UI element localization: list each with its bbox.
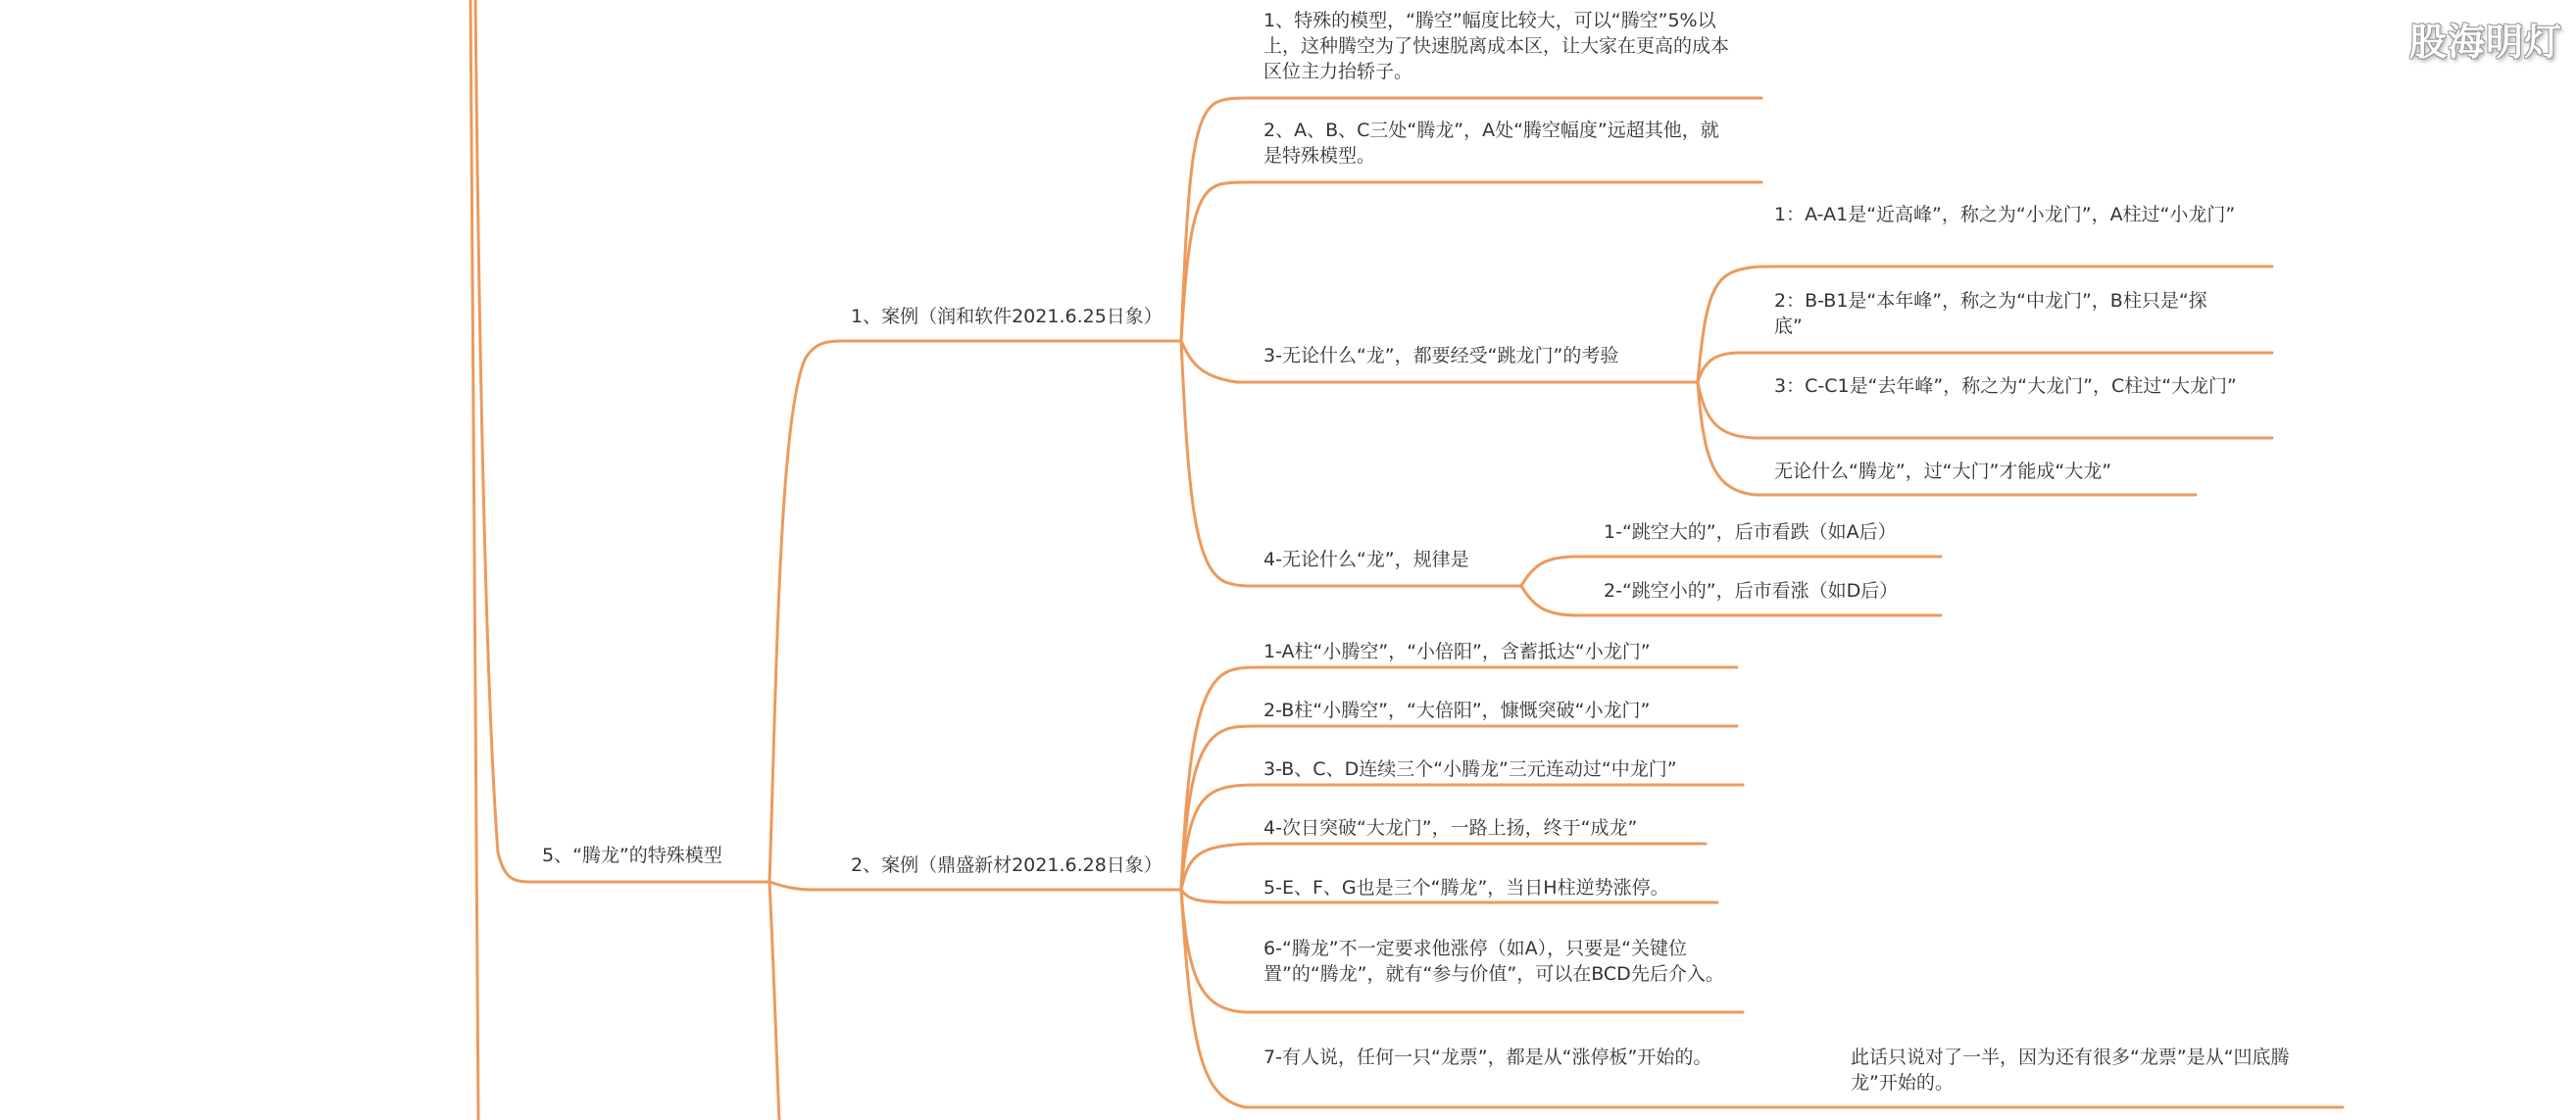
case-1-child-3[interactable]: 3-无论什么“龙”，都要经受“跳龙门”的考验 (1263, 343, 1618, 368)
case-1-node[interactable]: 1、案例（润和软件2021.6.25日象） (851, 304, 1163, 329)
case-2-child-7[interactable]: 7-有人说，任何一只“龙票”，都是从“涨停板”开始的。 (1263, 1045, 1734, 1070)
case-2-child-4[interactable]: 4-次日突破“大龙门”，一路上扬，终于“成龙” (1263, 815, 1637, 841)
watermark-logo: 股海明灯 (2409, 12, 2562, 66)
gate-item-3[interactable]: 3：C-C1是“去年峰”，称之为“大龙门”，C柱过“大龙门” (1774, 373, 2245, 399)
case-1-child-1[interactable]: 1、特殊的模型，“腾空”幅度比较大，可以“腾空”5%以上，这种腾空为了快速脱离成… (1263, 8, 1734, 84)
case-2-child-3[interactable]: 3-B、C、D连续三个“小腾龙”三元连动过“中龙门” (1263, 756, 1677, 782)
mindmap-canvas: 5、“腾龙”的特殊模型 1、案例（润和软件2021.6.25日象） 1、特殊的模… (0, 0, 2576, 1120)
case-2-child-7-reply[interactable]: 此话只说对了一半，因为还有很多“龙票”是从“凹底腾龙”开始的。 (1851, 1045, 2331, 1096)
case-2-child-6[interactable]: 6-“腾龙”不一定要求他涨停（如A），只要是“关键位置”的“腾龙”，就有“参与价… (1263, 936, 1734, 987)
case-2-child-5[interactable]: 5-E、F、G也是三个“腾龙”，当日H柱逆势涨停。 (1263, 875, 1669, 901)
gate-item-1[interactable]: 1：A-A1是“近高峰”，称之为“小龙门”，A柱过“小龙门” (1774, 202, 2245, 227)
case-2-node[interactable]: 2、案例（鼎盛新材2021.6.28日象） (851, 852, 1163, 878)
case-2-child-1[interactable]: 1-A柱“小腾空”，“小倍阳”，含蓄抵达“小龙门” (1263, 639, 1651, 664)
gate-item-2[interactable]: 2：B-B1是“本年峰”，称之为“中龙门”，B柱只是“探底” (1774, 288, 2235, 339)
case-1-child-2[interactable]: 2、A、B、C三处“腾龙”，A处“腾空幅度”远超其他，就是特殊模型。 (1263, 118, 1724, 169)
rule-item-2[interactable]: 2-“跳空小的”，后市看涨（如D后） (1604, 578, 1898, 604)
topic-node[interactable]: 5、“腾龙”的特殊模型 (542, 843, 722, 868)
case-1-child-4[interactable]: 4-无论什么“龙”，规律是 (1263, 547, 1469, 572)
gate-item-4[interactable]: 无论什么“腾龙”，过“大门”才能成“大龙” (1774, 459, 2111, 484)
case-2-child-2[interactable]: 2-B柱“小腾空”，“大倍阳”，慷慨突破“小龙门” (1263, 698, 1650, 723)
rule-item-1[interactable]: 1-“跳空大的”，后市看跌（如A后） (1604, 519, 1897, 545)
